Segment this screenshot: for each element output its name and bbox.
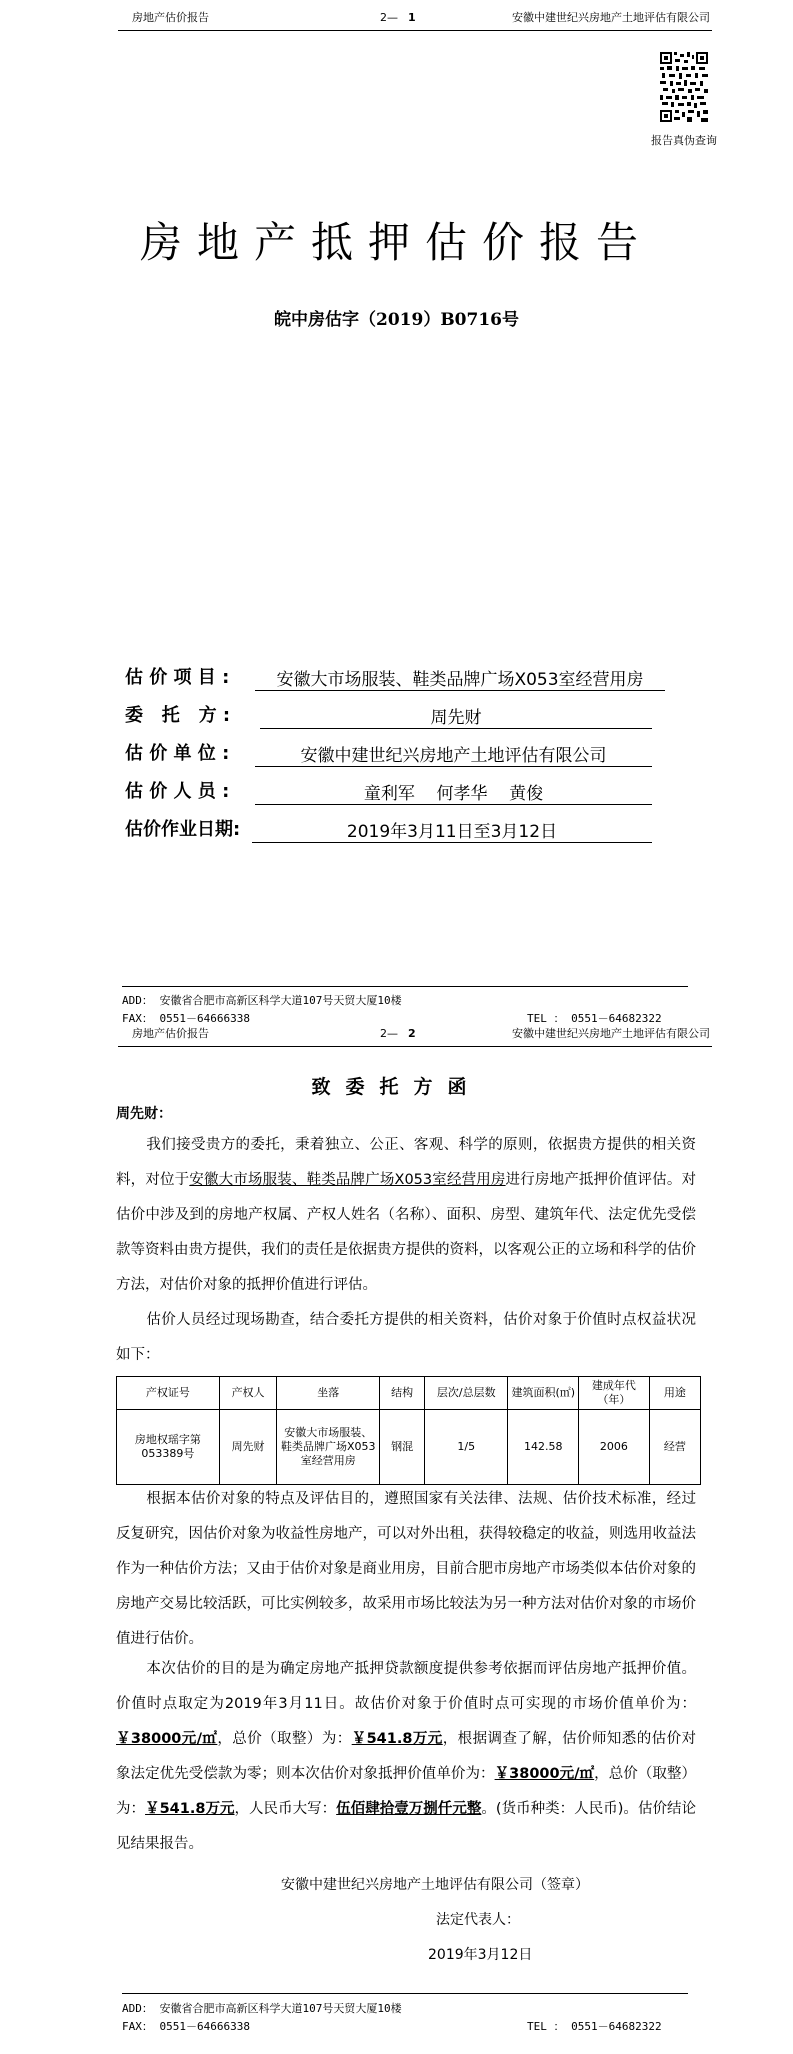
signature-legal-rep: 法定代表人： <box>436 1909 520 1929</box>
col-header: 坐落 <box>277 1377 380 1410</box>
field-value: 2019年3月11日至3月12日 <box>252 817 652 843</box>
signature-company: 安徽中建世纪兴房地产土地评估有限公司（签章） <box>281 1874 589 1894</box>
col-header: 结构 <box>380 1377 425 1410</box>
col-header: 建筑面积(㎡) <box>508 1377 579 1410</box>
header-company: 安徽中建世纪兴房地产土地评估有限公司 <box>512 1024 710 1044</box>
mortgage-total-price: ￥541.8万元 <box>145 1801 234 1817</box>
field-label: 委 托 方 : <box>125 701 230 727</box>
col-header: 产权人 <box>219 1377 277 1410</box>
cell-certificate-no: 房地权瑶字第053389号 <box>117 1410 220 1485</box>
paragraph-survey: 估价人员经过现场勘查，结合委托方提供的相关资料，估价对象于价值时点权益状况如下： <box>116 1303 696 1373</box>
property-info-table: 产权证号 产权人 坐落 结构 层次/总层数 建筑面积(㎡) 建成年代（年） 用途… <box>116 1376 701 1485</box>
cell-year-built: 2006 <box>579 1410 650 1485</box>
field-label: 估 价 单 位 : <box>125 739 229 765</box>
field-value: 安徽大市场服装、鞋类品牌广场X053室经营用房 <box>255 665 665 691</box>
letter-title: 致委托方函 <box>0 1072 793 1099</box>
table-row: 房地权瑶字第053389号 周先财 安徽大市场服装、鞋类品牌广场X053室经营用… <box>117 1410 701 1485</box>
footer-divider <box>122 1993 688 1994</box>
paragraph-valuation-result: 本次估价的目的是为确定房地产抵押贷款额度提供参考依据而评估房地产抵押价值。价值时… <box>116 1652 696 1862</box>
header-report-type: 房地产估价报告 <box>132 1024 209 1044</box>
salutation: 周先财： <box>116 1103 172 1123</box>
page-header: 房地产估价报告 2—2 安徽中建世纪兴房地产土地评估有限公司 <box>118 1024 712 1047</box>
header-company: 安徽中建世纪兴房地产土地评估有限公司 <box>512 8 710 28</box>
field-value: 童利军 何孝华 黄俊 <box>255 779 652 805</box>
cell-floor: 1/5 <box>425 1410 508 1485</box>
qr-verify-label: 报告真伪查询 <box>651 132 717 148</box>
field-label: 估 价 项 目 : <box>125 663 229 689</box>
paragraph-methodology: 根据本估价对象的特点及评估目的，遵照国家有关法律、法规、估价技术标准，经过反复研… <box>116 1482 696 1657</box>
market-unit-price: ￥38000元/㎡ <box>116 1731 217 1747</box>
cell-usage: 经营 <box>649 1410 700 1485</box>
field-label: 估价作业日期: <box>125 815 240 841</box>
header-report-type: 房地产估价报告 <box>132 8 209 28</box>
footer-divider <box>122 986 688 987</box>
signature-date: 2019年3月12日 <box>428 1944 532 1964</box>
col-header: 建成年代（年） <box>579 1377 650 1410</box>
cell-location: 安徽大市场服装、鞋类品牌广场X053室经营用房 <box>277 1410 380 1485</box>
market-total-price: ￥541.8万元 <box>352 1731 443 1747</box>
qr-code-icon <box>660 52 708 122</box>
header-page-number: 2—2 <box>380 1024 416 1044</box>
page-header: 房地产估价报告 2—1 安徽中建世纪兴房地产土地评估有限公司 <box>118 8 712 31</box>
col-header: 产权证号 <box>117 1377 220 1410</box>
header-page-number: 2—1 <box>380 8 416 28</box>
paragraph-engagement: 我们接受贵方的委托，秉着独立、公正、客观、科学的原则，依据贵方提供的相关资料，对… <box>116 1128 696 1303</box>
field-value: 安徽中建世纪兴房地产土地评估有限公司 <box>255 741 652 767</box>
table-header-row: 产权证号 产权人 坐落 结构 层次/总层数 建筑面积(㎡) 建成年代（年） 用途 <box>117 1377 701 1410</box>
report-title: 房地产抵押估价报告 <box>0 210 793 270</box>
cell-structure: 钢混 <box>380 1410 425 1485</box>
footer-address: ADD： 安徽省合肥市高新区科学大道107号天贸大厦10楼 <box>122 2000 402 2016</box>
cell-area: 142.58 <box>508 1410 579 1485</box>
field-value: 周先财 <box>260 703 652 729</box>
amount-in-words: 伍佰肆拾壹万捌仟元整 <box>336 1801 481 1817</box>
col-header: 层次/总层数 <box>425 1377 508 1410</box>
document-number: 皖中房估字（2019）B0716号 <box>0 305 793 330</box>
footer-tel: TEL ： 0551－64682322 <box>527 2018 662 2034</box>
cell-owner: 周先财 <box>219 1410 277 1485</box>
mortgage-unit-price: ￥38000元/㎡ <box>495 1766 595 1782</box>
field-label: 估 价 人 员 : <box>125 777 229 803</box>
footer-address: ADD： 安徽省合肥市高新区科学大道107号天贸大厦10楼 <box>122 992 402 1008</box>
footer-fax: FAX： 0551－64666338 <box>122 2018 250 2034</box>
col-header: 用途 <box>649 1377 700 1410</box>
subject-property: 安徽大市场服装、鞋类品牌广场X053室经营用房 <box>189 1172 505 1188</box>
